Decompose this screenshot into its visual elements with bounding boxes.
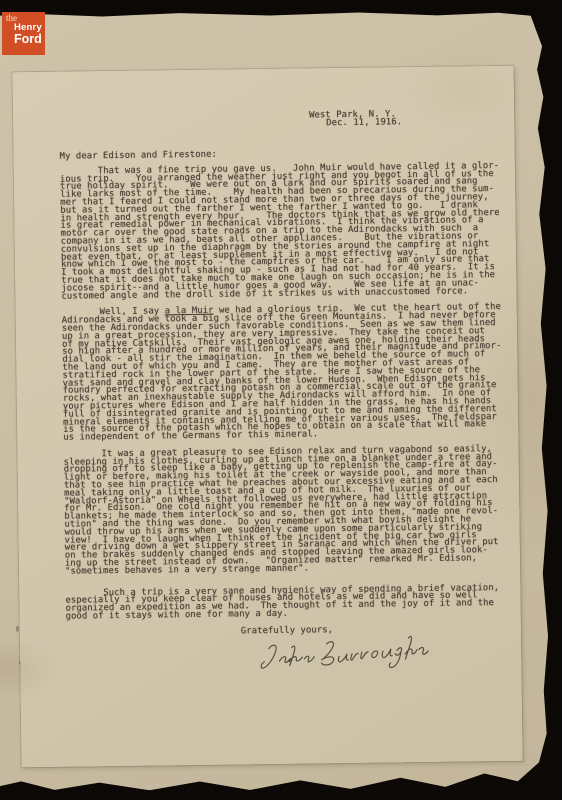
paragraph-1: That was a fine trip you gave us. John M… (60, 163, 520, 302)
paragraph-4: Such a trip is a very sane and hygienic … (65, 584, 523, 621)
letter-sheet: West Park, N. Y.Dec. 11, 1916. My dear E… (13, 66, 523, 767)
logo-text-ford: Ford (14, 32, 42, 46)
album-page: West Park, N. Y.Dec. 11, 1916. My dear E… (0, 11, 551, 794)
signature (258, 633, 430, 677)
letter-body: My dear Edison and Firestone: That was a… (60, 148, 525, 677)
salutation: My dear Edison and Firestone: (60, 148, 518, 162)
henry-ford-logo: the Henry Ford (2, 12, 45, 55)
paragraph-2: Well, I say a la Muir we had a glorious … (62, 304, 522, 443)
paper-speck (16, 626, 19, 632)
signature-script-icon (258, 633, 430, 677)
scanned-letter-background: West Park, N. Y.Dec. 11, 1916. My dear E… (0, 0, 562, 800)
dateline: West Park, N. Y.Dec. 11, 1916. (309, 111, 402, 128)
paragraph-3: It was a great pleasure to see Edison re… (63, 446, 523, 577)
